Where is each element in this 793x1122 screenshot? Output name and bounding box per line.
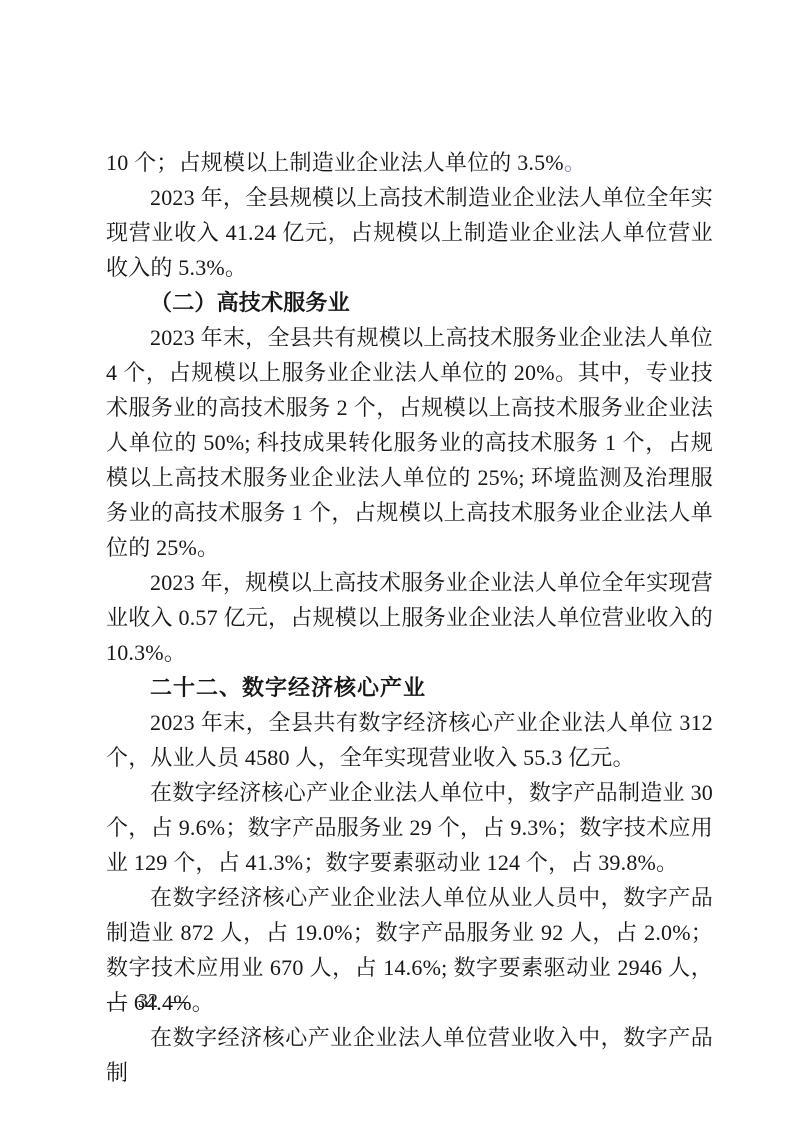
page-body: 10 个；占规模以上制造业企业法人单位的 3.5%。 2023 年，全县规模以上… [106, 145, 713, 1090]
paragraph: 2023 年末，全县共有规模以上高技术服务业企业法人单位 4 个，占规模以上服务… [106, 320, 713, 565]
paragraph: 在数字经济核心产业企业法人单位从业人员中，数字产品制造业 872 人，占 19.… [106, 880, 713, 1020]
paragraph-continuation: 10 个；占规模以上制造业企业法人单位的 3.5%。 [106, 145, 713, 180]
paragraph: 2023 年末，全县共有数字经济核心产业企业法人单位 312 个，从业人员 45… [106, 705, 713, 775]
document-page: 10 个；占规模以上制造业企业法人单位的 3.5%。 2023 年，全县规模以上… [0, 0, 793, 1122]
paragraph: 2023 年，全县规模以上高技术制造业企业法人单位全年实现营业收入 41.24 … [106, 180, 713, 285]
subsection-heading: （二）高技术服务业 [106, 285, 713, 320]
paragraph: 2023 年，规模以上高技术服务业企业法人单位全年实现营业收入 0.57 亿元，… [106, 565, 713, 670]
section-heading: 二十二、数字经济核心产业 [106, 670, 713, 705]
paragraph: 在数字经济核心产业企业法人单位中，数字产品制造业 30 个，占 9.6%；数字产… [106, 775, 713, 880]
highlighted-period: 。 [564, 150, 586, 175]
page-number: — 32 — [107, 990, 189, 1012]
paragraph-cutoff: 在数字经济核心产业企业法人单位营业收入中，数字产品制 [106, 1020, 713, 1090]
paragraph-text: 10 个；占规模以上制造业企业法人单位的 3.5% [106, 150, 564, 175]
page-footer: — 32 — [107, 988, 189, 1014]
